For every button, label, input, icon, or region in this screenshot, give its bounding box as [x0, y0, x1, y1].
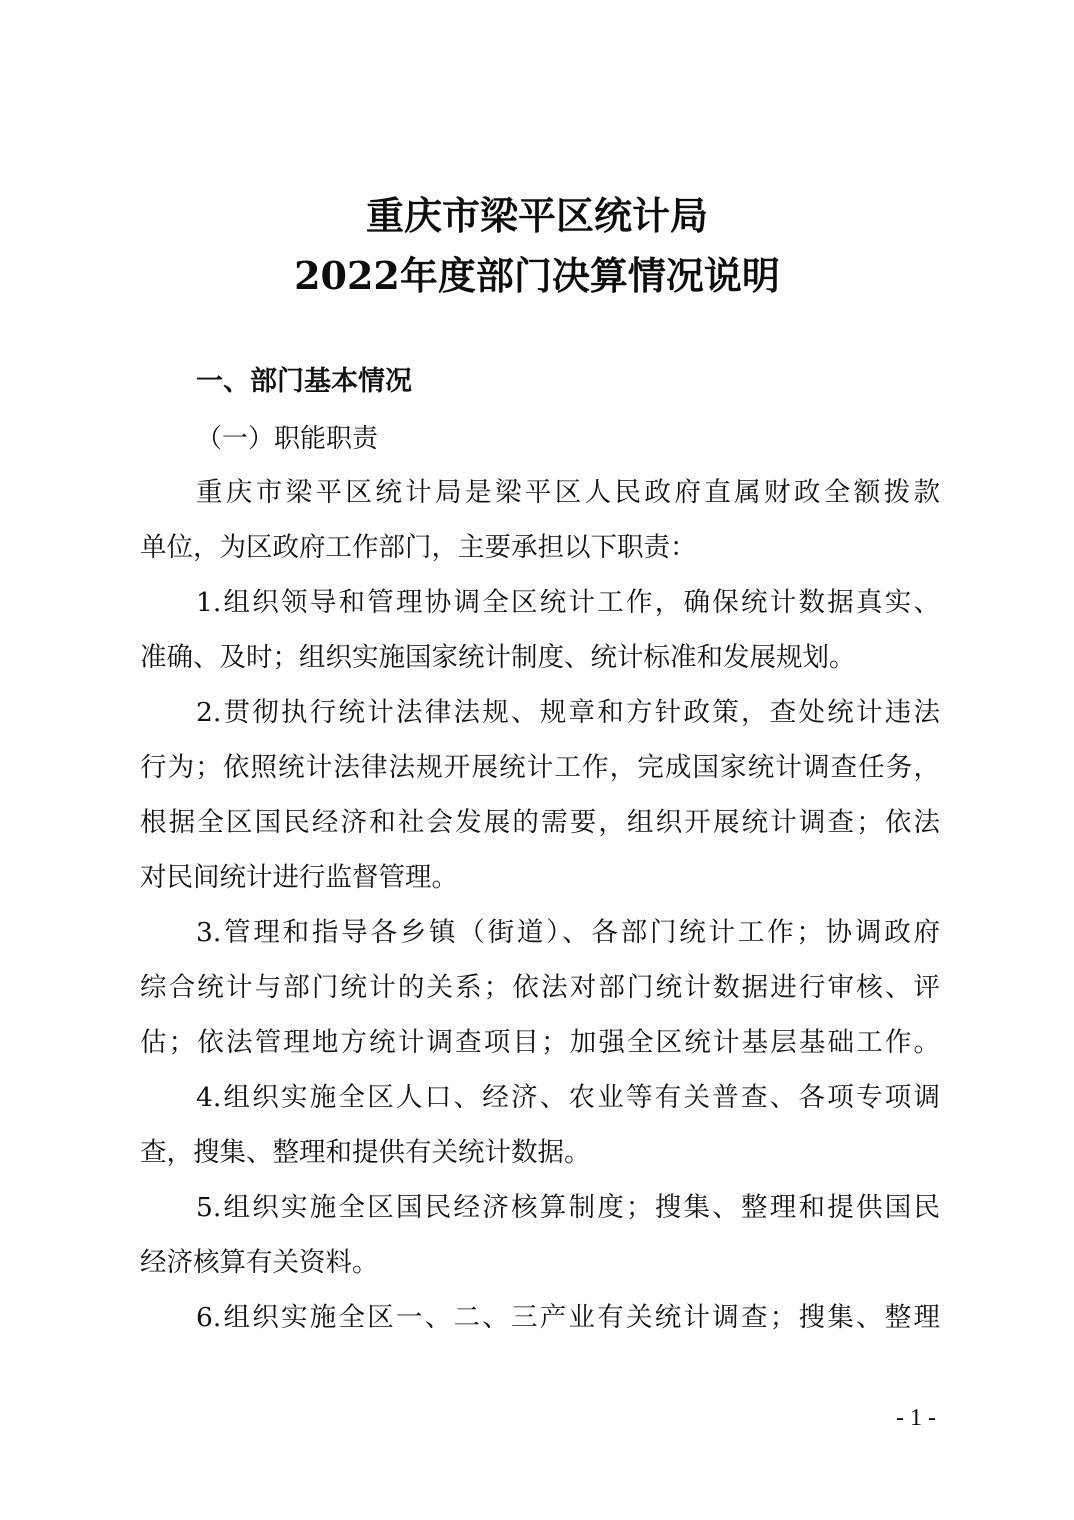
- paragraph-line: 4.组织实施全区人口、经济、农业等有关普查、各项专项调: [196, 1078, 940, 1118]
- paragraph-line: 行为；依照统计法律法规开展统计工作，完成国家统计调查任务，: [140, 748, 940, 788]
- paragraph-line: 查，搜集、整理和提供有关统计数据。: [140, 1133, 940, 1173]
- paragraph-line: 对民间统计进行监督管理。: [140, 858, 940, 898]
- paragraph-line: 重庆市梁平区统计局是梁平区人民政府直属财政全额拨款: [196, 473, 940, 513]
- paragraph-line: 根据全区国民经济和社会发展的需要，组织开展统计调查；依法: [140, 803, 940, 843]
- paragraph-line: 准确、及时；组织实施国家统计制度、统计标准和发展规划。: [140, 638, 940, 678]
- subsection-heading: （一）职能职责: [196, 419, 378, 459]
- paragraph-line: 3.管理和指导各乡镇（街道）、各部门统计工作；协调政府: [196, 913, 940, 953]
- document-page: 重庆市梁平区统计局 2022年度部门决算情况说明 一、部门基本情况 （一）职能职…: [0, 0, 1074, 1520]
- document-title-line-1: 重庆市梁平区统计局: [0, 194, 1074, 238]
- paragraph-line: 综合统计与部门统计的关系；依法对部门统计数据进行审核、评: [140, 968, 940, 1008]
- paragraph-line: 经济核算有关资料。: [140, 1243, 940, 1283]
- document-title-line-2: 2022年度部门决算情况说明: [0, 254, 1074, 298]
- paragraph-line: 5.组织实施全区国民经济核算制度；搜集、整理和提供国民: [196, 1188, 940, 1228]
- paragraph-line: 2.贯彻执行统计法律法规、规章和方针政策，查处统计违法: [196, 693, 940, 733]
- section-heading: 一、部门基本情况: [196, 362, 412, 402]
- paragraph-line: 6.组织实施全区一、二、三产业有关统计调查；搜集、整理: [196, 1298, 940, 1338]
- page-number: - 1 -: [896, 1402, 936, 1434]
- paragraph-line: 估；依法管理地方统计调查项目；加强全区统计基层基础工作。: [140, 1023, 940, 1063]
- paragraph-line: 1.组织领导和管理协调全区统计工作，确保统计数据真实、: [196, 583, 940, 623]
- paragraph-line: 单位，为区政府工作部门，主要承担以下职责：: [140, 528, 940, 568]
